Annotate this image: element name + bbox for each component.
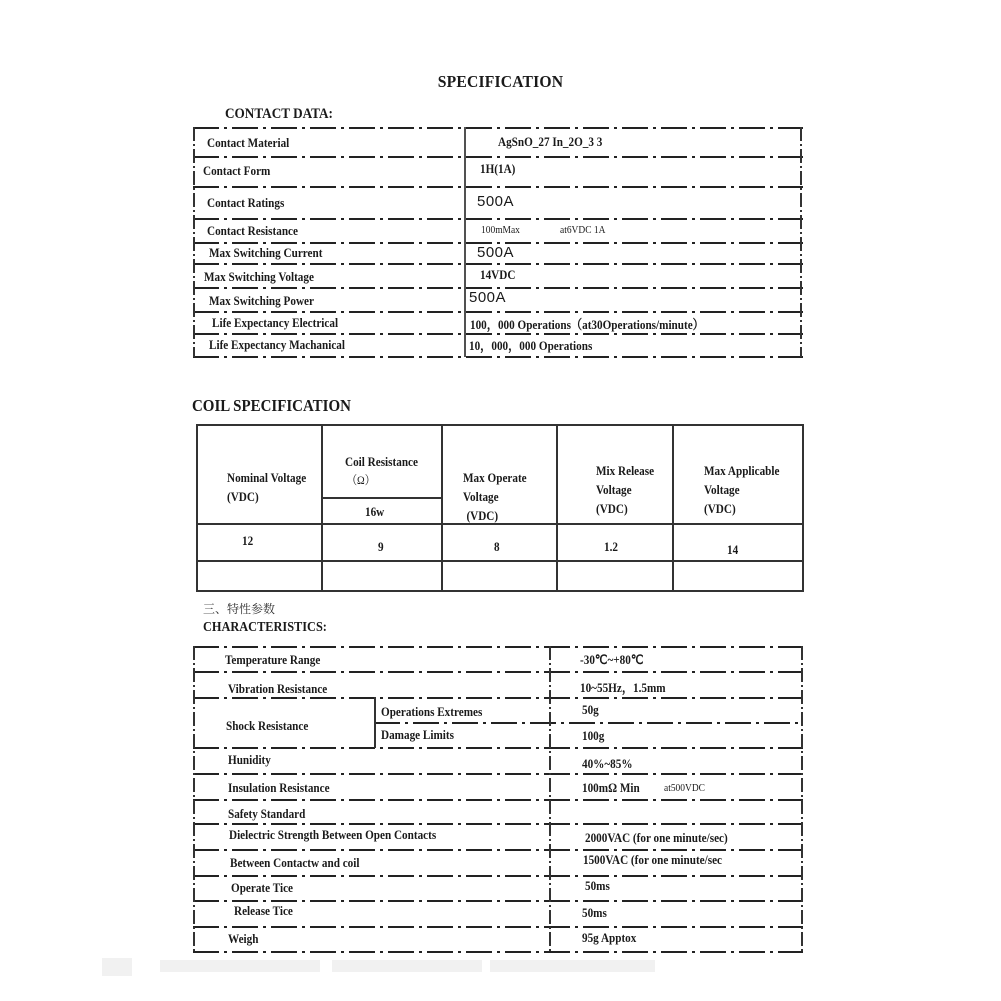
- row-label: Weigh: [228, 931, 258, 947]
- row-value: 95g Apptox: [582, 930, 636, 946]
- row-label: Insulation Resistance: [228, 780, 330, 796]
- row-label: Contact Ratings: [207, 195, 284, 211]
- row-label: Temperature Range: [225, 652, 320, 668]
- row-label: Contact Resistance: [207, 223, 298, 239]
- characteristics-heading-cn: 三、特性参数: [203, 600, 275, 617]
- row-value: 40%~85%: [582, 756, 633, 772]
- row-value: 100，000 Operations（at30Operations/minute…: [470, 314, 704, 333]
- contact-data-heading: CONTACT DATA:: [225, 106, 333, 123]
- row-sub-label: Damage Limits: [381, 727, 454, 743]
- row-sub-label: Operations Extremes: [381, 704, 482, 720]
- header-mix-release: Mix Release Voltage (VDC): [596, 461, 654, 518]
- row-value: AgSnO_27 In_2O_3 3: [498, 134, 602, 150]
- row-value: 1H(1A): [480, 161, 515, 177]
- row-value: 50ms: [582, 905, 607, 921]
- header-max-operate: Max Operate Voltage (VDC): [463, 468, 527, 525]
- row-sub-value: 100g: [582, 728, 604, 744]
- scan-artifact: [102, 958, 132, 976]
- row-label: Between Contactw and coil: [230, 855, 359, 871]
- header-coil-resistance: Coil Resistance （Ω）: [345, 452, 418, 490]
- row-label: Vibration Resistance: [228, 681, 327, 697]
- row-label: Operate Tice: [231, 880, 293, 896]
- row-value-note: at500VDC: [664, 782, 705, 794]
- header-coil-resistance-sub: 16w: [365, 502, 384, 521]
- scan-artifact: [490, 960, 655, 972]
- row-label: Life Expectancy Electrical: [212, 315, 338, 331]
- cell-max-operate: 8: [494, 537, 500, 556]
- row-value: 14VDC: [480, 267, 515, 283]
- row-label: Shock Resistance: [226, 718, 308, 734]
- row-value: 1500VAC (for one minute/sec: [583, 852, 722, 868]
- row-value: 500A: [477, 244, 514, 261]
- header-nominal-voltage: Nominal Voltage (VDC): [227, 468, 306, 506]
- row-label: Max Switching Voltage: [204, 269, 314, 285]
- cell-nominal-voltage: 12: [242, 531, 253, 550]
- cell-mix-release: 1.2: [604, 537, 618, 556]
- header-max-applicable: Max Applicable Voltage (VDC): [704, 461, 779, 518]
- row-label: Max Switching Current: [209, 245, 322, 261]
- row-value: 500A: [477, 193, 514, 210]
- row-value: -30℃~+80℃: [580, 652, 643, 668]
- row-sub-value: 50g: [582, 702, 599, 718]
- row-value: 2000VAC (for one minute/sec): [585, 830, 728, 846]
- row-value: 500A: [469, 289, 506, 306]
- scan-artifact: [332, 960, 482, 972]
- row-value: 10~55Hz，1.5mm: [580, 677, 666, 696]
- row-value: 50ms: [585, 878, 610, 894]
- cell-coil-resistance: 9: [378, 537, 384, 556]
- row-label: Contact Material: [207, 135, 289, 151]
- coil-spec-table: Nominal Voltage (VDC) Coil Resistance （Ω…: [196, 424, 804, 592]
- row-label: Dielectric Strength Between Open Contact…: [229, 827, 436, 843]
- row-label: Hunidity: [228, 752, 271, 768]
- row-label: Max Switching Power: [209, 293, 314, 309]
- row-label: Contact Form: [203, 163, 270, 179]
- row-label: Safety Standard: [228, 806, 305, 822]
- row-label: Release Tice: [234, 903, 293, 919]
- characteristics-heading: CHARACTERISTICS:: [203, 620, 327, 636]
- coil-spec-heading: COIL SPECIFICATION: [192, 396, 351, 416]
- page-title: SPECIFICATION: [40, 72, 961, 92]
- row-value: 100mMax: [481, 224, 520, 236]
- row-value: 100mΩ Min: [582, 780, 640, 796]
- row-label: Life Expectancy Machanical: [209, 337, 345, 353]
- row-value-note: at6VDC 1A: [560, 224, 605, 236]
- cell-max-applicable: 14: [727, 540, 738, 559]
- row-value: 10，000，000 Operations: [469, 335, 592, 354]
- scan-artifact: [160, 960, 320, 972]
